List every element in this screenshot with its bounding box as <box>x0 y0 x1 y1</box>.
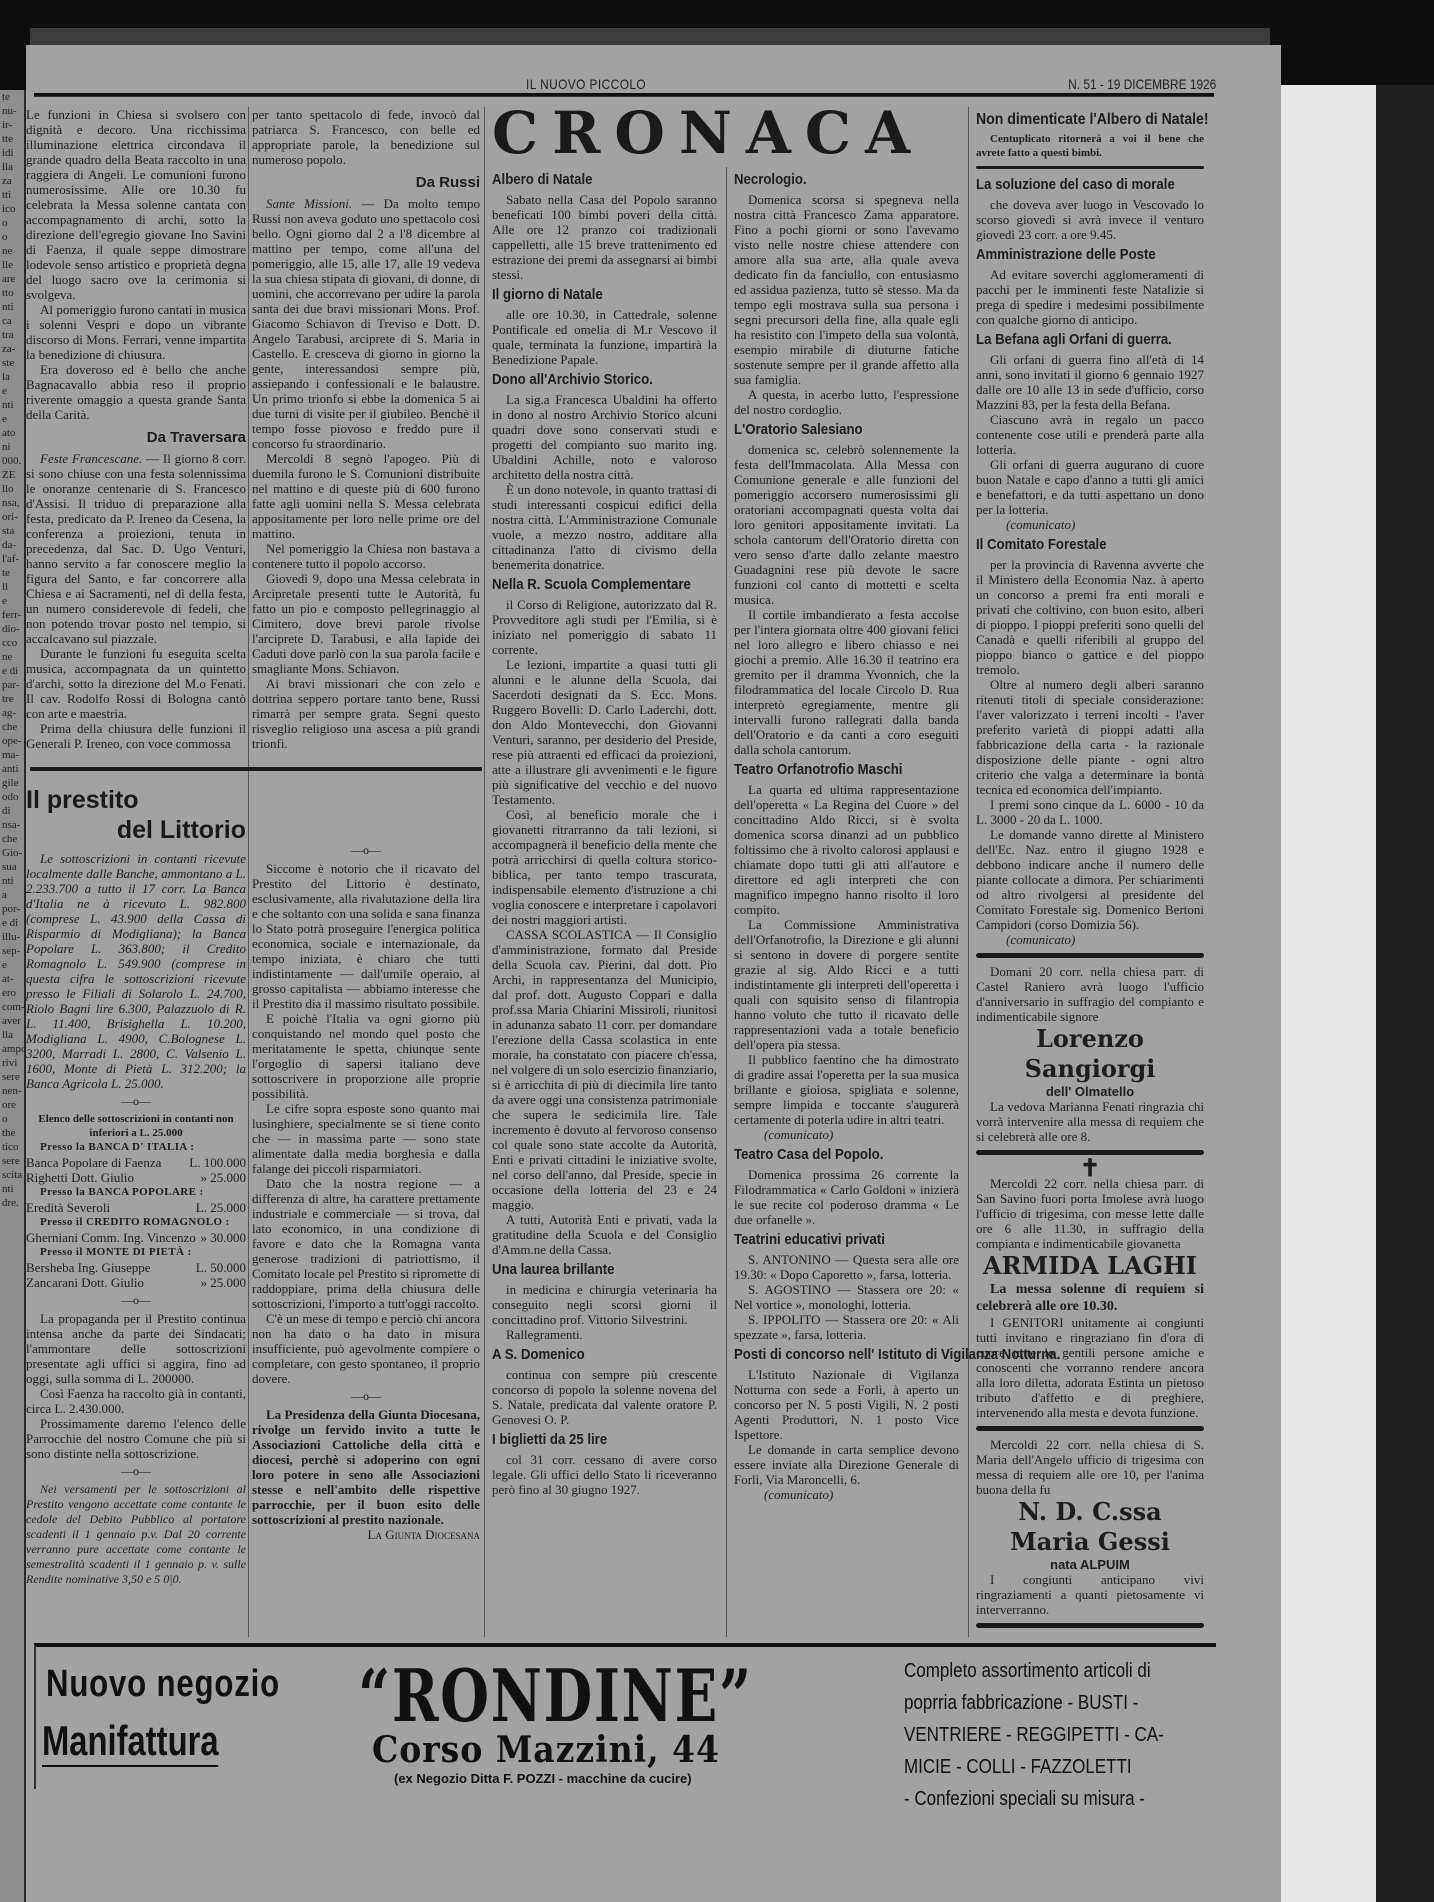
subscriber-name: Righetti Dott. Giulio <box>26 1170 134 1185</box>
deceased-name: ARMIDA LAGHI <box>976 1251 1204 1281</box>
edge-text-fragment: anti <box>0 762 24 776</box>
edge-text-fragment: rivi <box>0 1056 24 1070</box>
article-paragraph: per la provincia di Ravenna avverte che … <box>976 557 1204 677</box>
article-heading: L'Oratorio Salesiano <box>734 420 932 440</box>
edge-text-fragment: sere <box>0 1154 24 1168</box>
prestito-title-line1: Il prestito <box>26 785 246 815</box>
masthead-rule <box>34 93 1214 97</box>
edge-text-fragment: ico <box>0 202 24 216</box>
edge-text-fragment: ore <box>0 1098 24 1112</box>
article-paragraph: A questa, in acerbo lutto, l'espressione… <box>734 387 959 417</box>
edge-text-fragment: ste <box>0 356 24 370</box>
article-paragraph: Era doveroso ed è bello che anche Bagnac… <box>26 362 246 422</box>
article-paragraph: Siccome è notorio che il ricavato del Pr… <box>252 861 480 1011</box>
column-6: Non dimenticate l'Albero di Natale! Cent… <box>976 107 1204 1634</box>
article-lead: Feste Francescane. <box>40 451 142 466</box>
edge-text-fragment: e <box>0 594 24 608</box>
subscriber-name: Bersheba Ing. Giuseppe <box>26 1260 151 1275</box>
article-paragraph: Prossimamente daremo l'elenco delle Parr… <box>26 1416 246 1461</box>
ad-nuovo-negozio: Nuovo negozio <box>46 1663 280 1706</box>
article-paragraph: per tanto spettacolo di fede, invocò dal… <box>252 107 480 167</box>
article-paragraph: col 31 corr. cessano di avere corso lega… <box>492 1452 717 1497</box>
deceased-subname: nata ALPUIM <box>976 1557 1204 1572</box>
edge-text-fragment: nsa- <box>0 818 24 832</box>
communique-note: (comunicato) <box>734 1487 959 1502</box>
article-paragraph: Al pomeriggio furono cantati in musica i… <box>26 302 246 362</box>
column-divider <box>484 107 485 1637</box>
article-heading: Teatrini educativi privati <box>734 1230 932 1250</box>
edge-text-fragment: ampo <box>0 1042 24 1056</box>
edge-text-fragment: llo <box>0 482 24 496</box>
section-rule <box>976 953 1204 958</box>
subscriber-name: Banca Popolare di Faenza <box>26 1155 161 1170</box>
column-divider <box>726 167 727 1637</box>
article-paragraph: A tutti, Autorità Enti e privati, vada l… <box>492 1212 717 1257</box>
article-paragraph: Il pubblico faentino che ha dimostrato d… <box>734 1052 959 1127</box>
column-6-sections: La soluzione del caso di moraleche dovev… <box>976 175 1204 947</box>
article-heading: Amministrazione delle Poste <box>976 245 1177 265</box>
subscription-group: Presso la BANCA D' ITALIA : Banca Popola… <box>26 1140 246 1185</box>
edge-text-fragment: par- <box>0 678 24 692</box>
article-paragraph: Giovedì 9, dopo una Messa celebrata in A… <box>252 571 480 676</box>
edge-text-fragment: ori- <box>0 510 24 524</box>
edge-text-fragment: dio- <box>0 622 24 636</box>
edge-text-fragment: ope- <box>0 734 24 748</box>
article-paragraph: Ciascuno avrà in regalo un pacco contene… <box>976 412 1204 457</box>
edge-text-fragment: tico <box>0 1140 24 1154</box>
edge-text-fragment: tre <box>0 692 24 706</box>
ad-brand: “RONDINE” <box>358 1653 753 1738</box>
edge-text-fragment: at- <box>0 972 24 986</box>
subscription-group: Presso il MONTE DI PIETÀ : Bersheba Ing.… <box>26 1245 246 1290</box>
article-paragraph: Il cortile imbandierato a festa accolse … <box>734 607 959 757</box>
article-paragraph: Oltre al numero degli alberi saranno rit… <box>976 677 1204 797</box>
edge-text-fragment: sta <box>0 524 24 538</box>
edge-text-fragment: tra <box>0 328 24 342</box>
edge-text-fragment: sere <box>0 1070 24 1084</box>
article-paragraph: S. AGOSTINO — Stassera ore 20: « Nel vor… <box>734 1282 959 1312</box>
article-paragraph: Sabato nella Casa del Popolo saranno ben… <box>492 192 717 282</box>
article-heading: Il giorno di Natale <box>492 285 690 305</box>
masthead: IL NUOVO PICCOLO N. 51 - 19 DICEMBRE 192… <box>26 72 1222 94</box>
edge-text-fragment: e <box>0 958 24 972</box>
article-paragraph: alle ore 10.30, in Cattedrale, solenne P… <box>492 307 717 367</box>
article-paragraph: Le lezioni, impartite a quasi tutti gli … <box>492 657 717 807</box>
article-heading: La Befana agli Orfani di guerra. <box>976 330 1177 350</box>
albero-heading: Non dimenticate l'Albero di Natale! <box>976 110 1177 130</box>
edge-text-fragment: the <box>0 1126 24 1140</box>
article-paragraph: Gli orfani di guerra fino all'età di 14 … <box>976 352 1204 412</box>
issue-date: N. 51 - 19 DICEMBRE 1926 <box>1068 76 1216 92</box>
notice-text: I congiunti anticipano vivi ringraziamen… <box>976 1572 1204 1617</box>
edge-text-fragment: 000. <box>0 454 24 468</box>
edge-text-fragment: idi <box>0 146 24 160</box>
edge-text-fragment: nti <box>0 1182 24 1196</box>
article-paragraph: La quarta ed ultima rappresentazione del… <box>734 782 959 917</box>
edge-text-fragment: ne <box>0 244 24 258</box>
edge-text-fragment: tto <box>0 286 24 300</box>
edge-text-fragment: che <box>0 832 24 846</box>
separator: —o— <box>252 843 480 858</box>
subscription-row: Banca Popolare di FaenzaL. 100.000 <box>26 1155 246 1170</box>
cronaca-column-left: Albero di NataleSabato nella Casa del Po… <box>492 167 717 1497</box>
article-paragraph: Le domande vanno dirette al Ministero de… <box>976 827 1204 932</box>
separator: —o— <box>252 1389 480 1404</box>
separator: —o— <box>26 1094 246 1109</box>
ad-product-list: Completo assortimento articoli di poprri… <box>904 1655 1168 1815</box>
edge-text-fragment: lle <box>0 258 24 272</box>
edge-text-fragment: da- <box>0 538 24 552</box>
edge-text-fragment: ZE <box>0 468 24 482</box>
deceased-name: Lorenzo Sangiorgi <box>976 1024 1204 1084</box>
edge-text-fragment: te <box>0 90 24 104</box>
article-paragraph: Così, al beneficio morale che i giovanet… <box>492 807 717 927</box>
edge-text-fragment: ato <box>0 426 24 440</box>
scan-background <box>1376 85 1434 1902</box>
section-rule <box>30 767 482 771</box>
edge-text-fragment: ir- <box>0 118 24 132</box>
subscription-row: Eredità SeveroliL. 25.000 <box>26 1200 246 1215</box>
subscription-amount: L. 50.000 <box>196 1260 246 1275</box>
group-heading: Presso la BANCA POPOLARE : <box>26 1185 246 1200</box>
article-heading: Posti di concorso nell' Istituto di Vigi… <box>734 1345 932 1365</box>
adjacent-page-edge: tenu-ir-tteidillazattiicooonellearettont… <box>0 90 27 1902</box>
article-heading: Nella R. Scuola Complementare <box>492 575 690 595</box>
article-paragraph: — Il giorno 8 corr. si sono chiuse con u… <box>26 451 246 646</box>
article-paragraph: Ai bravi missionari che con zelo e dottr… <box>252 676 480 751</box>
edge-text-fragment: are <box>0 272 24 286</box>
giunta-signature: La Giunta Diocesana <box>252 1527 480 1542</box>
section-title-cronaca: CRONACA <box>492 100 962 166</box>
subscription-row: Bersheba Ing. GiuseppeL. 50.000 <box>26 1260 246 1275</box>
edge-text-fragment: e <box>0 384 24 398</box>
prestito-column-2: —o— Siccome è notorio che il ricavato de… <box>252 795 480 1542</box>
edge-text-fragment: dre. <box>0 1196 24 1210</box>
subscriber-name: Zancarani Dott. Giulio <box>26 1275 144 1290</box>
edge-text-fragment: por- <box>0 902 24 916</box>
edge-text-fragment: nti <box>0 300 24 314</box>
albero-text: Centuplicato ritornerà a voi il bene che… <box>976 132 1204 160</box>
article-paragraph: Durante le funzioni fu eseguita scelta m… <box>26 646 246 721</box>
subscription-amount: L. 100.000 <box>189 1155 246 1170</box>
group-heading: Presso il MONTE DI PIETÀ : <box>26 1245 246 1260</box>
cross-icon: ✝ <box>976 1161 1204 1176</box>
subscription-amount: L. 25.000 <box>196 1200 246 1215</box>
edge-text-fragment: e di <box>0 916 24 930</box>
article-paragraph: È un dono notevole, in quanto trattasi d… <box>492 482 717 572</box>
communique-note: (comunicato) <box>976 517 1204 532</box>
ad-line: - Confezioni speciali su misura - <box>904 1783 1168 1815</box>
article-heading: Albero di Natale <box>492 170 690 190</box>
article-paragraph: La sig.a Francesca Ubaldini ha offerto i… <box>492 392 717 482</box>
edge-text-fragment: gile <box>0 776 24 790</box>
edge-text-fragment: e <box>0 412 24 426</box>
article-paragraph: C'è un mese di tempo e perciò chi ancora… <box>252 1311 480 1386</box>
edge-text-fragment: che <box>0 720 24 734</box>
article-paragraph: Gli orfani di guerra augurano di cuore b… <box>976 457 1204 517</box>
edge-text-fragment: ag- <box>0 706 24 720</box>
article-paragraph: in medicina e chirurgia veterinaria ha c… <box>492 1282 717 1327</box>
article-heading: I biglietti da 25 lire <box>492 1430 690 1450</box>
newspaper-title: IL NUOVO PICCOLO <box>526 76 646 92</box>
article-paragraph: continua con sempre più crescente concor… <box>492 1367 717 1427</box>
edge-text-fragment: sep- <box>0 944 24 958</box>
communique-note: (comunicato) <box>976 932 1204 947</box>
notice-bold-line: La messa solenne di requiem si celebrerà… <box>976 1281 1204 1315</box>
group-heading: Presso il CREDITO ROMAGNOLO : <box>26 1215 246 1230</box>
subscription-row: Zancarani Dott. Giulio» 25.000 <box>26 1275 246 1290</box>
edge-text-fragment: ero <box>0 986 24 1000</box>
edge-text-fragment: ll <box>0 580 24 594</box>
edge-text-fragment: odo <box>0 790 24 804</box>
article-paragraph: Così Faenza ha raccolto già in contanti,… <box>26 1386 246 1416</box>
article-paragraph: Ad evitare soverchi agglomeramenti di pa… <box>976 267 1204 327</box>
section-rule <box>976 1426 1204 1431</box>
article-paragraph: E poichè l'Italia va ogni giorno più con… <box>252 1011 480 1101</box>
article-heading: La soluzione del caso di morale <box>976 175 1177 195</box>
ad-address: Corso Mazzini, 44 <box>372 1729 720 1771</box>
section-rule <box>976 166 1204 169</box>
article-paragraph: Domenica prossima 26 corrente la Filodra… <box>734 1167 959 1227</box>
subscription-amount: » 30.000 <box>201 1230 247 1245</box>
edge-text-fragment: l'af- <box>0 552 24 566</box>
edge-text-fragment: lla <box>0 1028 24 1042</box>
article-heading: Necrologio. <box>734 170 932 190</box>
edge-text-fragment: aver <box>0 1014 24 1028</box>
article-paragraph: Prima della chiusura delle funzioni il G… <box>26 721 246 751</box>
article-paragraph: Nel pomeriggio la Chiesa non bastava a c… <box>252 541 480 571</box>
notice-text: La vedova Marianna Fenati ringrazia chi … <box>976 1099 1204 1144</box>
edge-text-fragment: a <box>0 888 24 902</box>
deceased-subname: dell' Olmatello <box>976 1084 1204 1099</box>
subscription-amount: » 25.000 <box>201 1275 247 1290</box>
edge-text-fragment: o <box>0 230 24 244</box>
deceased-name: N. D. C.ssa Maria Gessi <box>976 1497 1204 1557</box>
article-paragraph: il Corso di Religione, autorizzato dal R… <box>492 597 717 657</box>
edge-text-fragment: za <box>0 174 24 188</box>
article-paragraph: Mercoldì 8 segnò l'apogeo. Più di duemil… <box>252 451 480 541</box>
column-divider <box>248 107 249 1637</box>
edge-text-fragment: illu- <box>0 930 24 944</box>
ad-line: VENTRIERE - REGGIPETTI - CA- <box>904 1719 1168 1751</box>
article-heading: Teatro Orfanotrofio Maschi <box>734 760 932 780</box>
edge-text-fragment: nti <box>0 398 24 412</box>
article-paragraph: Le domande in carta semplice devono esse… <box>734 1442 959 1487</box>
ad-line: poprria fabbricazione - BUSTI - <box>904 1687 1168 1719</box>
edge-text-fragment: com- <box>0 1000 24 1014</box>
article-heading: Una laurea brillante <box>492 1260 690 1280</box>
notice-intro: Mercoldì 22 corr. nella chiesa di S. Mar… <box>976 1437 1204 1497</box>
subscription-group: Presso il CREDITO ROMAGNOLO : Gherniani … <box>26 1215 246 1245</box>
edge-text-fragment: nti <box>0 874 24 888</box>
edge-text-fragment: lla <box>0 160 24 174</box>
ad-line: Completo assortimento articoli di <box>904 1655 1168 1687</box>
list-title: Elenco delle sottoscrizioni in contanti … <box>26 1112 246 1140</box>
article-heading: A S. Domenico <box>492 1345 690 1365</box>
edge-text-fragment: o <box>0 216 24 230</box>
section-rule <box>976 1623 1204 1628</box>
separator: —o— <box>26 1293 246 1308</box>
article-paragraph: Le cifre sopra esposte sono quanto mai l… <box>252 1101 480 1176</box>
edge-text-fragment: nu- <box>0 104 24 118</box>
article-paragraph: La Commissione Amministrativa dell'Orfan… <box>734 917 959 1052</box>
article-paragraph: S. IPPOLITO — Stassera ore 20: « Ali spe… <box>734 1312 959 1342</box>
edge-text-fragment: tti <box>0 188 24 202</box>
article-paragraph: domenica sc. celebrò solennemente la fes… <box>734 442 959 607</box>
edge-text-fragment: za- <box>0 342 24 356</box>
column-1-top: Le funzioni in Chiesa si svolsero con di… <box>26 107 246 751</box>
article-paragraph: La propaganda per il Prestito continua i… <box>26 1311 246 1386</box>
edge-text-fragment: ma- <box>0 748 24 762</box>
subscription-row: Righetti Dott. Giulio» 25.000 <box>26 1170 246 1185</box>
prestito-title-line2: del Littorio <box>26 815 246 845</box>
page-margin <box>1281 85 1376 1902</box>
edge-text-fragment: di <box>0 804 24 818</box>
subscription-row: Gherniani Comm. Ing. Vincenzo» 30.000 <box>26 1230 246 1245</box>
giunta-appeal: La Presidenza della Giunta Diocesana, ri… <box>252 1407 480 1527</box>
versamenti-note: Nei versamenti per le sottoscrizioni al … <box>26 1482 246 1587</box>
article-heading: Il Comitato Forestale <box>976 535 1177 555</box>
newspaper-page: IL NUOVO PICCOLO N. 51 - 19 DICEMBRE 192… <box>26 45 1281 1902</box>
subscription-amount: » 25.000 <box>201 1170 247 1185</box>
edge-text-fragment: nen- <box>0 1084 24 1098</box>
subscription-group: Presso la BANCA POPOLARE : Eredità Sever… <box>26 1185 246 1215</box>
article-paragraph: Domenica scorsa si spegneva nella nostra… <box>734 192 959 387</box>
article-paragraph: che doveva aver luogo in Vescovado lo sc… <box>976 197 1204 242</box>
edge-text-fragment: Gio- <box>0 846 24 860</box>
article-paragraph: L'Istituto Nazionale di Vigilanza Nottur… <box>734 1367 959 1442</box>
prestito-intro: Le sottoscrizioni in contanti ricevute l… <box>26 851 246 1091</box>
edge-text-fragment: te <box>0 566 24 580</box>
separator: —o— <box>26 1464 246 1479</box>
edge-text-fragment: o <box>0 1112 24 1126</box>
subscriber-name: Eredità Severoli <box>26 1200 110 1215</box>
edge-text-fragment: ferr- <box>0 608 24 622</box>
edge-text-fragment: la <box>0 370 24 384</box>
section-heading: Da Russi <box>252 175 480 190</box>
article-lead: Sante Missioni. <box>266 196 352 211</box>
article-paragraph: I premi sono cinque da L. 6000 - 10 da L… <box>976 797 1204 827</box>
article-paragraph: — Da molto tempo Russi non aveva goduto … <box>252 196 480 451</box>
article-paragraph: Rallegramenti. <box>492 1327 717 1342</box>
edge-text-fragment: nsa, <box>0 496 24 510</box>
subscriber-name: Gherniani Comm. Ing. Vincenzo <box>26 1230 196 1245</box>
edge-text-fragment: ca <box>0 314 24 328</box>
ad-line: MICIE - COLLI - FAZZOLETTI <box>904 1751 1168 1783</box>
communique-note: (comunicato) <box>734 1127 959 1142</box>
notice-intro: Mercoldì 22 corr. nella chiesa parr. di … <box>976 1176 1204 1251</box>
article-paragraph: S. ANTONINO — Questa sera alle ore 19.30… <box>734 1252 959 1282</box>
cronaca-column-right: Necrologio.Domenica scorsa si spegneva n… <box>734 167 959 1502</box>
edge-text-fragment: ni <box>0 440 24 454</box>
edge-text-fragment: sua <box>0 860 24 874</box>
prestito-column-1: Il prestito del Littorio Le sottoscrizio… <box>26 785 246 1587</box>
article-paragraph: CASSA SCOLASTICA — Il Consiglio d'ammini… <box>492 927 717 1212</box>
ad-manifattura: Manifattura <box>42 1717 219 1767</box>
edge-text-fragment: scita <box>0 1168 24 1182</box>
rondine-advertisement: Nuovo negozio “RONDINE” Manifattura Cors… <box>34 1643 1216 1789</box>
notice-intro: Domani 20 corr. nella chiesa parr. di Ca… <box>976 964 1204 1024</box>
article-paragraph: Dato che la nostra regione — a differenz… <box>252 1176 480 1311</box>
edge-text-fragment: ne <box>0 650 24 664</box>
article-heading: Dono all'Archivio Storico. <box>492 370 690 390</box>
article-heading: Teatro Casa del Popolo. <box>734 1145 932 1165</box>
group-heading: Presso la BANCA D' ITALIA : <box>26 1140 246 1155</box>
edge-text-fragment: e di <box>0 664 24 678</box>
notice-text: I GENITORI unitamente ai congiunti tutti… <box>976 1315 1204 1420</box>
edge-text-fragment: cco <box>0 636 24 650</box>
section-heading: Da Traversara <box>26 430 246 445</box>
ad-former-store: (ex Negozio Ditta F. POZZI - macchine da… <box>394 1771 692 1786</box>
column-2-top: per tanto spettacolo di fede, invocò dal… <box>252 107 480 751</box>
article-paragraph: Le funzioni in Chiesa si svolsero con di… <box>26 107 246 302</box>
column-divider <box>968 107 969 1637</box>
edge-text-fragment: tte <box>0 132 24 146</box>
